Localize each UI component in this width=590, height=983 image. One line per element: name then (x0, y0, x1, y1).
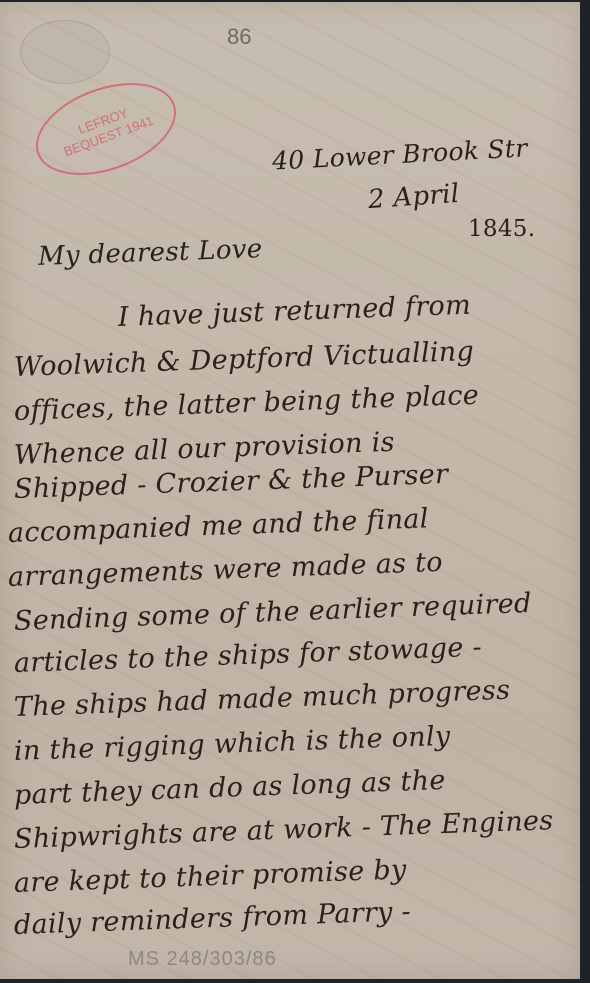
faint-seal-impression (20, 20, 110, 84)
body-line: Shipwrights are at work - The Engines (13, 805, 554, 855)
body-line: I have just returned from (117, 290, 471, 333)
body-line: arrangements were made as to (7, 547, 443, 593)
body-line: offices, the latter being the place (13, 380, 479, 427)
body-line: in the rigging which is the only (13, 721, 450, 767)
body-line: are kept to their promise by (13, 854, 407, 899)
archive-shelfmark: MS 248/303/86 (128, 948, 277, 971)
body-line: part they can do as long as the (13, 765, 446, 811)
lefroy-bequest-stamp: LEFROY BEQUEST 1941 (23, 66, 188, 193)
letter-date: 2 April (367, 179, 460, 215)
body-line: accompanied me and the final (7, 503, 429, 549)
body-line: The ships had made much progress (13, 675, 510, 723)
body-line: daily reminders from Parry - (13, 896, 411, 941)
body-line: articles to the ships for stowage - (13, 632, 482, 679)
letter-year: 1845. (468, 216, 535, 242)
letter-page: 86 LEFROY BEQUEST 1941 40 Lower Brook St… (0, 2, 580, 979)
sender-address: 40 Lower Brook Str (271, 133, 528, 175)
body-line: Sending some of the earlier required (13, 588, 532, 637)
folio-number: 86 (227, 24, 251, 50)
body-line: Woolwich & Deptford Victualling (13, 336, 474, 383)
salutation: My dearest Love (38, 234, 263, 272)
